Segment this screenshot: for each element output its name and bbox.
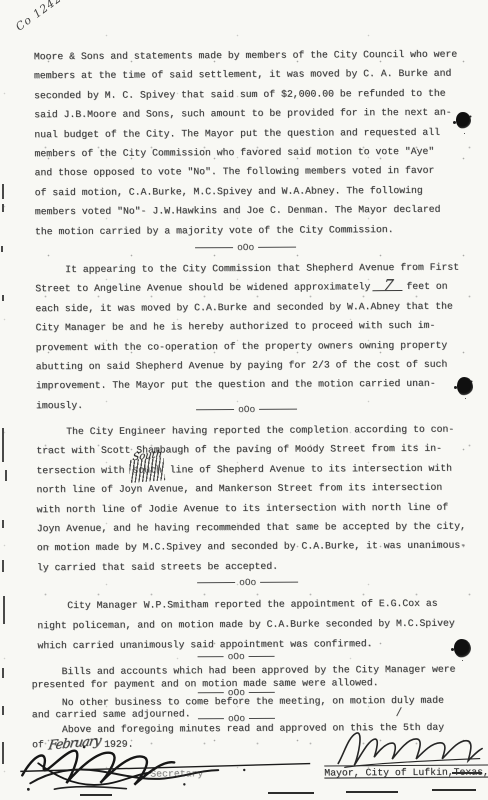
text-line: members voted "No"- J.W.Hawkins and Joe …: [35, 200, 458, 222]
paragraph-appointment: City Manager W.P.Smitham reported the ap…: [37, 594, 455, 657]
separator-ooo: oOo: [238, 405, 255, 414]
text-segment: Street to Angeline Avenue should be wide…: [35, 282, 370, 295]
separator-ooo: oOo: [239, 578, 256, 587]
text-line: night policeman, and on motion made by C…: [37, 614, 455, 637]
separator-ooo: oOo: [237, 243, 254, 252]
text-line: members of the City Commission who favor…: [34, 142, 457, 164]
text-line: It appearing to the City Commission that…: [35, 258, 459, 280]
text-line: of said motion, C.A.Burke, M.C.Spivey an…: [35, 181, 458, 203]
separator-dash: [198, 692, 224, 693]
struck-out-word: southSouth: [130, 460, 164, 480]
section-separator: oOo: [198, 652, 275, 661]
separator-dash: [249, 718, 275, 719]
text-line-with-handwritten-number: Street to Angeline Avenue should be wide…: [35, 277, 459, 299]
separator-dash: [249, 692, 275, 693]
paragraph-refund-motion: Moore & Sons and statements made by memb…: [34, 45, 458, 242]
separator-dash: [260, 582, 298, 584]
text-line: the motion carried by a majority vote of…: [35, 219, 458, 241]
scanned-minutes-page: Co 1242 Moore & Sons and statements made…: [0, 0, 488, 800]
separator-dash: [249, 656, 275, 657]
text-line: improvement. The Mayor put the question …: [36, 374, 460, 396]
separator-dash: [259, 409, 297, 411]
text-line: north line of Joyn Avenue, and Mankerson…: [36, 478, 465, 500]
text-line: said J.B.Moore and Sons, such amount to …: [34, 103, 457, 125]
handwritten-number-7: 7: [372, 280, 404, 291]
mayor-signature: [334, 727, 484, 770]
section-separator: oOo: [196, 405, 297, 415]
text-line: with north line of Jodie Avenue to its i…: [37, 497, 466, 519]
text-line: Joyn Avenue, and he having recommended t…: [37, 517, 466, 539]
paragraph-paving-acceptance: The City Engineer having reported the co…: [36, 420, 466, 578]
text-line: The City Engineer having reported the co…: [36, 420, 465, 442]
separator-dash: [258, 247, 296, 249]
text-line: each side, it was moved by C.A.Burke and…: [35, 296, 459, 318]
text-line: on motion made by M.C.Spivey and seconde…: [37, 536, 466, 558]
text-line: and those opposed to vote "No". The foll…: [35, 161, 458, 183]
mayor-title-label: Mayor, City of Lufkin,Texas,: [324, 765, 488, 779]
text-line: members at the time of said settlement, …: [34, 64, 457, 86]
secretary-label: Secretary: [150, 768, 203, 779]
section-separator: oOo: [195, 243, 296, 253]
text-line-with-correction: tersection with southSouth line of Sheph…: [36, 458, 465, 480]
text-line: nual budget of the City. The Mayor put t…: [34, 122, 457, 144]
separator-dash: [198, 656, 224, 657]
section-separator: oOo: [197, 578, 298, 588]
text-line: provement with the co-operation of the p…: [36, 335, 460, 357]
document-text: Moore & Sons and statements made by memb…: [0, 0, 488, 800]
separator-dash: [195, 247, 233, 249]
text-line: Moore & Sons and statements made by memb…: [34, 45, 457, 67]
separator-ooo: oOo: [228, 652, 245, 661]
text-line: City Manager W.P.Smitham reported the ap…: [37, 594, 455, 617]
text-segment: tersection with: [36, 465, 130, 477]
text-segment: line of Shepherd Avenue to its intersect…: [164, 463, 452, 476]
paragraph-street-widening: It appearing to the City Commission that…: [35, 258, 460, 416]
text-line: ly carried that said streets be accepted…: [37, 555, 466, 577]
text-line: City Manager be and he is hereby authori…: [35, 316, 459, 338]
separator-dash: [197, 582, 235, 584]
text-line: abutting on said Shepherd Avenue by payi…: [36, 355, 460, 377]
text-line: tract with Scott Shambaugh of the paving…: [36, 439, 465, 461]
text-segment: feet on: [406, 281, 447, 292]
text-line: seconded by M. C. Spivey that said sum o…: [34, 84, 457, 106]
separator-dash: [198, 718, 224, 719]
separator-dash: [196, 409, 234, 411]
